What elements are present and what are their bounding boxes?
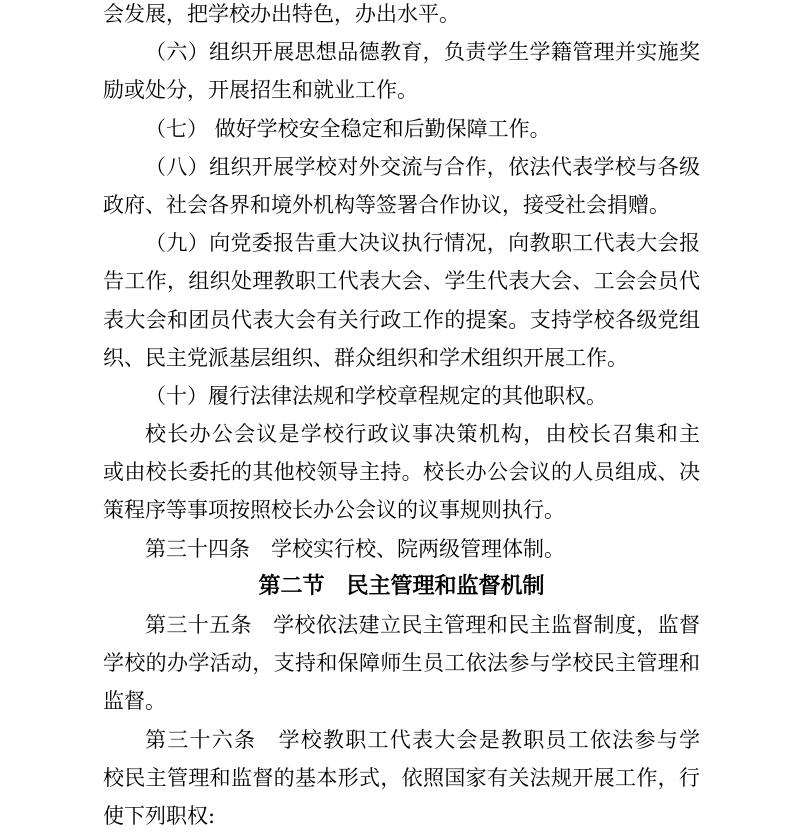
text-line: 或由校长委托的其他校领导主持。校长办公会议的人员组成、决 [103,453,700,491]
text-line: 第三十六条 学校教职工代表大会是教职员工依法参与学 [103,721,700,759]
text-line: 学校的办学活动，支持和保障师生员工依法参与学校民主管理和 [103,644,700,682]
section-heading: 第二节 民主管理和监督机制 [103,568,700,606]
text-line: 第三十五条 学校依法建立民主管理和民主监督制度，监督 [103,606,700,644]
text-line: 策程序等事项按照校长办公会议的议事规则执行。 [103,491,700,529]
text-line: 会发展，把学校办出特色，办出水平。 [103,0,700,33]
document-content: 会发展，把学校办出特色，办出水平。（六）组织开展思想品德教育，负责学生学籍管理并… [103,0,700,835]
document-page: 会发展，把学校办出特色，办出水平。（六）组织开展思想品德教育，负责学生学籍管理并… [0,0,785,840]
text-line: （九）向党委报告重大决议执行情况，向教职工代表大会报 [103,224,700,262]
text-line: （八）组织开展学校对外交流与合作，依法代表学校与各级 [103,148,700,186]
text-line: 校长办公会议是学校行政议事决策机构，由校长召集和主持， [103,415,700,453]
text-line: 政府、社会各界和境外机构等签署合作协议，接受社会捐赠。 [103,186,700,224]
text-line: （十）履行法律法规和学校章程规定的其他职权。 [103,377,700,415]
text-line: 表大会和团员代表大会有关行政工作的提案。支持学校各级党组 [103,301,700,339]
text-line: 第三十四条 学校实行校、院两级管理体制。 [103,530,700,568]
text-line: （六）组织开展思想品德教育，负责学生学籍管理并实施奖 [103,33,700,71]
text-line: （七） 做好学校安全稳定和后勤保障工作。 [103,110,700,148]
text-line: 校民主管理和监督的基本形式，依照国家有关法规开展工作，行 [103,759,700,797]
text-line: 告工作，组织处理教职工代表大会、学生代表大会、工会会员代 [103,262,700,300]
text-line: 监督。 [103,682,700,720]
text-line: 使下列职权: [103,797,700,835]
text-line: 织、民主党派基层组织、群众组织和学术组织开展工作。 [103,339,700,377]
text-line: 励或处分，开展招生和就业工作。 [103,71,700,109]
